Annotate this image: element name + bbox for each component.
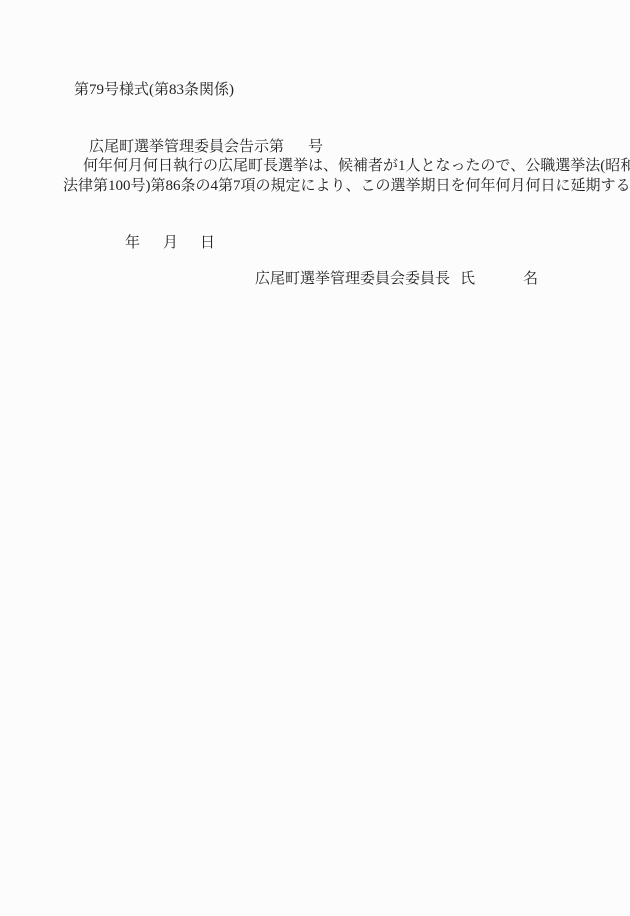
date-line: 年月日 [63,213,215,273]
date-month-label: 月 [163,233,178,253]
signer-title: 広尾町選挙管理委員会委員長 [255,269,450,289]
date-year-blank [78,233,125,234]
date-day-label: 日 [200,233,215,253]
form-style-number: 第79号様式(第83条関係) [74,80,234,100]
signer-title-gap [450,269,460,270]
body-paragraph-line-2: 法律第100号)第86条の4第7項の規定により、この選挙期日を何年何月何日に延期… [63,176,630,196]
signer-surname-label: 氏 [460,269,475,289]
date-year-label: 年 [125,233,140,253]
body-paragraph-line-1: 何年何月何日執行の広尾町長選挙は、候補者が1人となったので、公職選挙法(昭和25… [63,156,630,176]
date-month-blank [140,233,163,234]
document-page: 第79号様式(第83条関係) 広尾町選挙管理委員会告示第号 何年何月何日執行の広… [0,0,630,916]
notice-number-blank [284,137,308,138]
notice-number-suffix: 号 [308,137,323,157]
signature-line: 広尾町選挙管理委員会委員長氏名 [240,249,538,309]
date-day-blank [178,233,200,234]
signer-givenname-label: 名 [523,269,538,289]
notice-number-prefix: 広尾町選挙管理委員会告示第 [89,137,284,157]
signer-name-blank [475,269,523,270]
